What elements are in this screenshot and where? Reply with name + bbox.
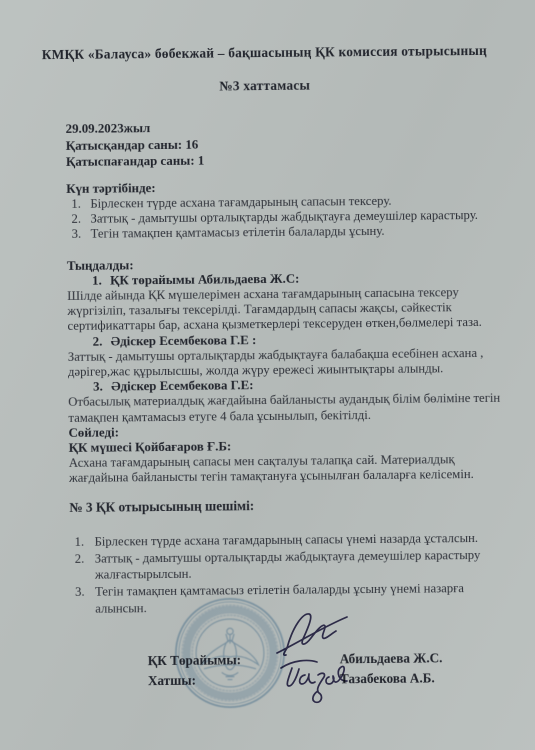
item-number: 1.	[75, 534, 95, 550]
item-number: 3.	[72, 227, 91, 242]
speaker-name: ҚК төрайымы Абильдаева Ж.С:	[110, 271, 299, 287]
document-title: КМҚК «Балауса» бөбекжай – бақшасының ҚК …	[36, 0, 492, 63]
absent-count-line: Қатыспағандар саны: 1	[66, 150, 503, 171]
speech-paragraph: Заттық - дамытушы орталықтарды жабдықтау…	[68, 346, 507, 381]
meta-block: 29.09.2023жыл Қатысқандар саны: 16 Қатыс…	[66, 117, 503, 171]
decision-item: 2. Заттық - дамытушы орталықтарды жабдық…	[75, 547, 507, 584]
spoke-paragraph: Асхана тағамдарының сапасы мен сақталуы …	[69, 452, 508, 487]
secretary-signature	[281, 660, 347, 702]
decision-heading: № 3 ҚК отырысының шешімі:	[69, 495, 508, 514]
chair-signature	[277, 614, 347, 655]
agenda-list: 1. Бірлескен түрде асхана тағамдарының с…	[71, 193, 503, 243]
document-photo: КМҚК «Балауса» бөбекжай – бақшасының ҚК …	[0, 0, 535, 750]
item-number: 1.	[92, 273, 110, 288]
item-number: 1.	[71, 197, 90, 212]
item-number: 3.	[93, 380, 111, 395]
item-number: 2.	[75, 551, 95, 584]
item-number: 2.	[93, 334, 111, 349]
speaker-name: Әдіскер Есембекова Г.Е :	[111, 333, 257, 348]
speaker-name: Әдіскер Есембекова Г.Е:	[111, 378, 254, 393]
item-text: Тегін тамақпен қамтамасыз етілетін балал…	[91, 223, 504, 242]
item-number: 3.	[75, 584, 95, 617]
document-subtitle: №3 хаттамасы	[37, 59, 492, 96]
agenda-item: 3. Тегін тамақпен қамтамасыз етілетін ба…	[72, 223, 504, 242]
item-number: 2.	[71, 212, 90, 227]
speech-paragraph: Отбасылық материалдық жағдайына байланыс…	[68, 391, 507, 426]
handwritten-signatures	[263, 604, 381, 712]
speech-paragraph: Шілде айында ҚК мүшелерімен асхана тағам…	[67, 285, 506, 335]
item-text: Заттық - дамытушы орталықтарды жабдықтау…	[95, 547, 507, 583]
